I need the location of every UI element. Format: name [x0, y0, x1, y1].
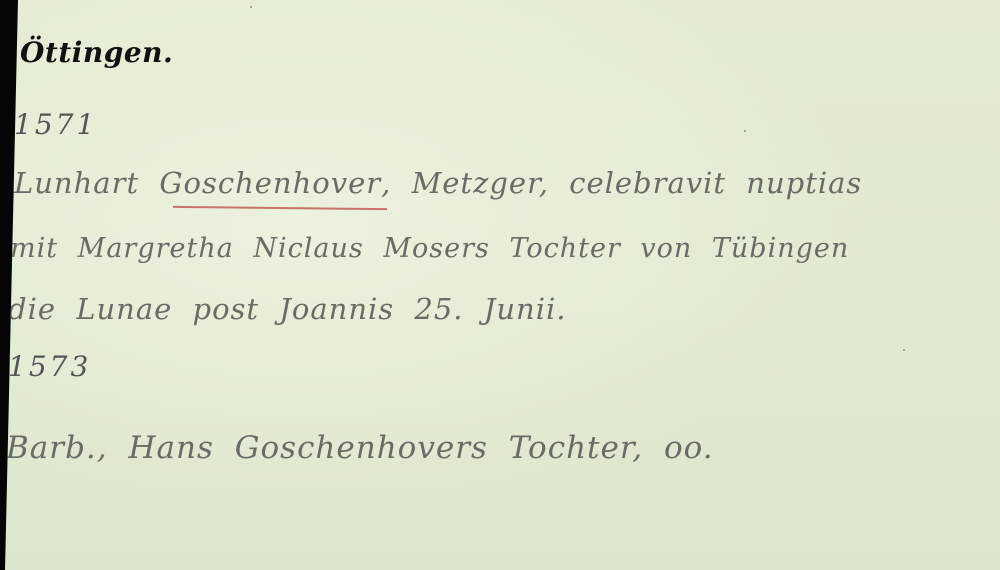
index-card: Öttingen. 1571 Lunhart Goschenhover , Me… — [0, 0, 1000, 570]
red-pencil-underline — [173, 206, 387, 210]
underlined-surname: Goschenhover — [159, 166, 381, 200]
entry-1571-line-2: mit Margretha Niclaus Mosers Tochter von… — [10, 233, 849, 264]
paper-speck — [744, 130, 746, 132]
occupation-text: , Metzger, celebravit nuptias — [381, 166, 862, 200]
paper-speck — [250, 6, 252, 8]
card-heading: Öttingen. — [20, 36, 173, 69]
entry-year-1573: 1573 — [8, 350, 91, 383]
paper-speck — [903, 349, 905, 351]
entry-1571-line-3: die Lunae post Joannis 25. Junii. — [8, 292, 566, 326]
first-name: Lunhart — [14, 166, 139, 200]
entry-year-1571: 1571 — [14, 108, 97, 141]
entry-1571-line-1: Lunhart Goschenhover , Metzger, celebrav… — [14, 166, 862, 200]
entry-1573-line-1: Barb., Hans Goschenhovers Tochter, oo. — [6, 430, 714, 466]
surname-text: Goschenhover — [159, 166, 381, 200]
